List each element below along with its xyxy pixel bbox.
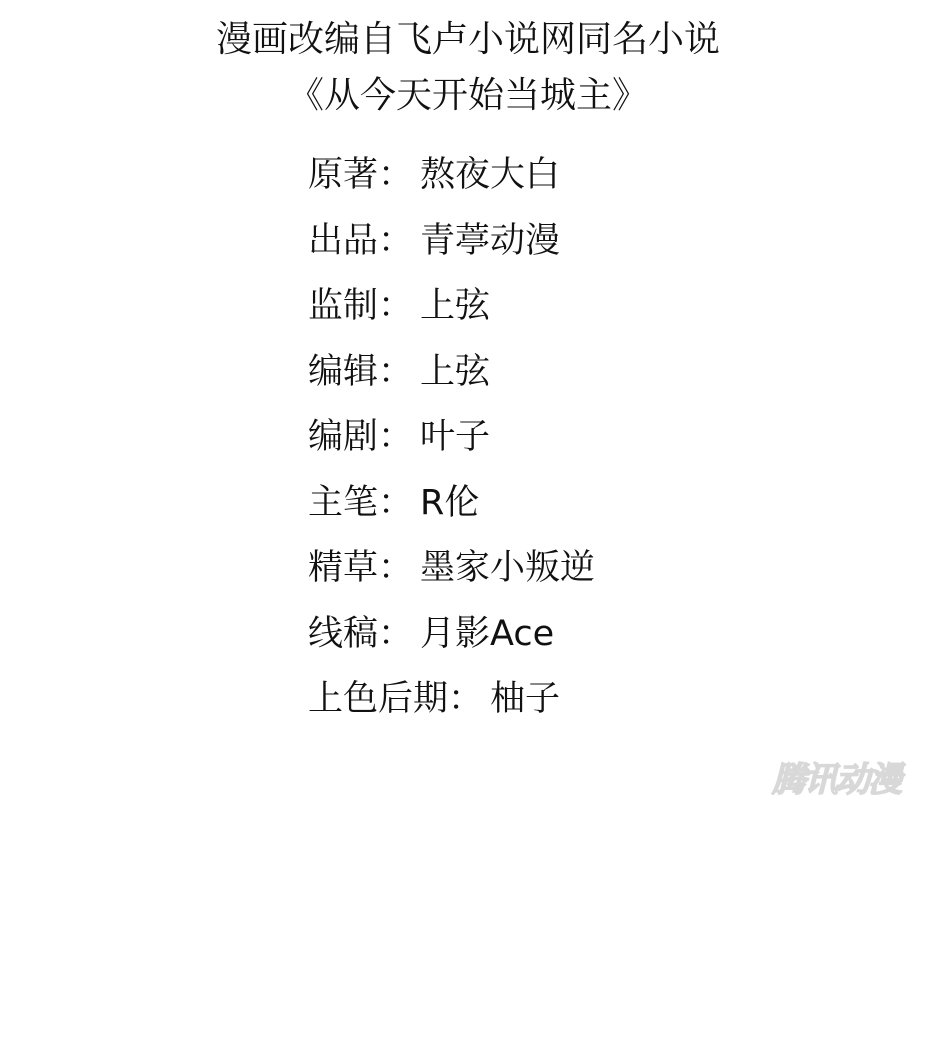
credit-name: R伦: [420, 472, 479, 534]
credit-role: 精草: [308, 537, 378, 599]
credit-name: 墨家小叛逆: [420, 537, 595, 599]
tencent-comics-watermark: 腾讯动漫: [772, 760, 918, 800]
credit-separator: ：: [378, 406, 420, 468]
credits-list: 原著：熬夜大白 出品：青葶动漫 监制：上弦 编辑：上弦 编剧：叶子 主笔：R伦 …: [308, 144, 595, 734]
credit-role: 编剧: [308, 406, 378, 468]
credit-separator: ：: [378, 341, 420, 403]
adaptation-note: 漫画改编自飞卢小说网同名小说: [0, 12, 936, 68]
credit-name: 柚子: [490, 668, 560, 730]
credit-separator: ：: [378, 144, 420, 206]
credit-row-producer: 出品：青葶动漫: [308, 210, 595, 276]
credit-row-storyboard: 精草：墨家小叛逆: [308, 537, 595, 603]
credit-role: 线稿: [308, 603, 378, 665]
credit-name: 熬夜大白: [420, 144, 560, 206]
credit-separator: ：: [378, 603, 420, 665]
title-block: 漫画改编自飞卢小说网同名小说 《从今天开始当城主》: [0, 12, 936, 124]
credit-separator: ：: [378, 537, 420, 599]
credit-separator: ：: [378, 210, 420, 272]
book-title: 《从今天开始当城主》: [0, 68, 936, 124]
credit-row-screenwriter: 编剧：叶子: [308, 406, 595, 472]
credit-role: 原著: [308, 144, 378, 206]
credit-name: 青葶动漫: [420, 210, 560, 272]
credit-row-lead-artist: 主笔：R伦: [308, 472, 595, 538]
credit-role: 编辑: [308, 341, 378, 403]
credit-row-coloring: 上色后期：柚子: [308, 668, 595, 734]
credit-role: 出品: [308, 210, 378, 272]
credit-role: 上色后期: [308, 668, 448, 730]
credit-role: 监制: [308, 275, 378, 337]
credit-row-supervisor: 监制：上弦: [308, 275, 595, 341]
credit-name: 月影Ace: [420, 603, 554, 665]
credit-separator: ：: [378, 275, 420, 337]
credit-separator: ：: [448, 668, 490, 730]
credit-name: 上弦: [420, 341, 490, 403]
credit-row-editor: 编辑：上弦: [308, 341, 595, 407]
credit-name: 上弦: [420, 275, 490, 337]
credit-role: 主笔: [308, 472, 378, 534]
credit-row-line-art: 线稿：月影Ace: [308, 603, 595, 669]
credit-row-original-author: 原著：熬夜大白: [308, 144, 595, 210]
credit-separator: ：: [378, 472, 420, 534]
credit-name: 叶子: [420, 406, 490, 468]
